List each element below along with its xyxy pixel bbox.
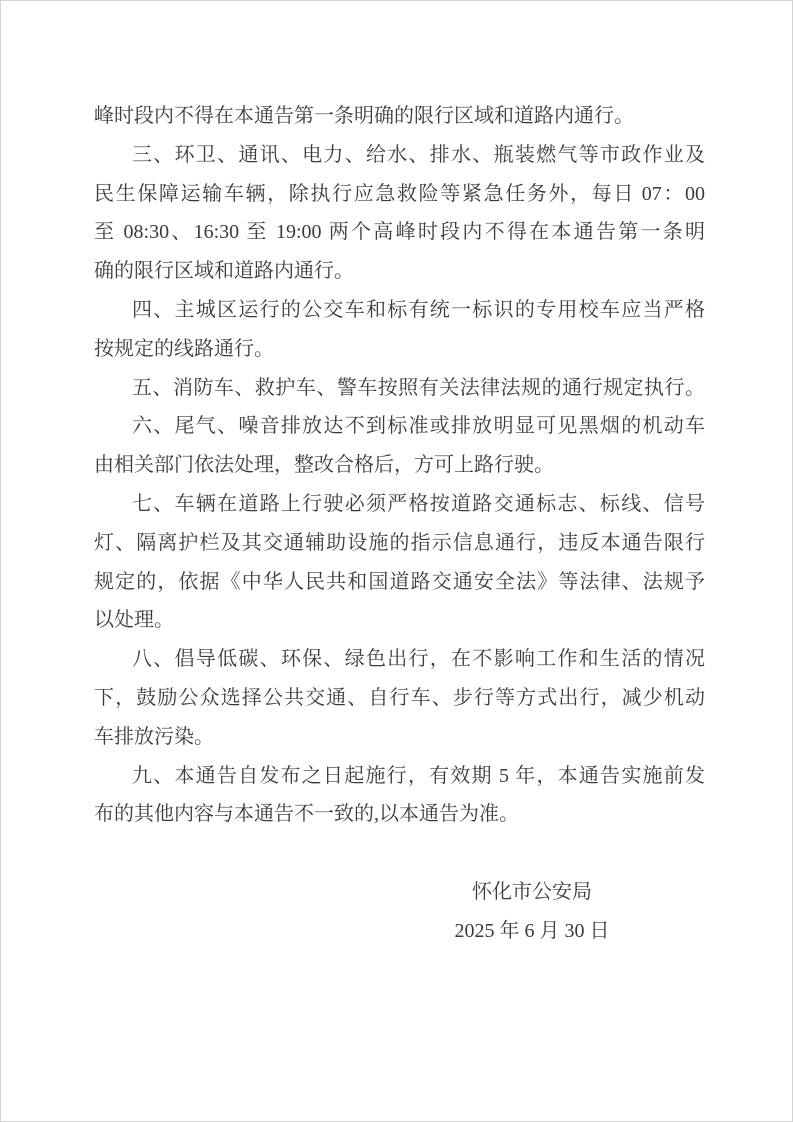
body-line: 至 08:30、16:30 至 19:00 两个高峰时段内不得在本通告第一条明 bbox=[94, 213, 705, 252]
body-line: 车排放污染。 bbox=[94, 718, 705, 757]
signature-block: 怀化市公安局 2025 年 6 月 30 日 bbox=[359, 873, 705, 951]
body-line: 峰时段内不得在本通告第一条明确的限行区域和道路内通行。 bbox=[94, 97, 705, 136]
document-body: 峰时段内不得在本通告第一条明确的限行区域和道路内通行。三、环卫、通讯、电力、给水… bbox=[94, 97, 705, 834]
body-line: 六、尾气、噪音排放达不到标准或排放明显可见黑烟的机动车 bbox=[94, 407, 705, 446]
body-line: 九、本通告自发布之日起施行，有效期 5 年，本通告实施前发 bbox=[94, 757, 705, 796]
body-line: 以处理。 bbox=[94, 601, 705, 640]
notice-document-page: 峰时段内不得在本通告第一条明确的限行区域和道路内通行。三、环卫、通讯、电力、给水… bbox=[0, 0, 793, 1122]
body-line: 下，鼓励公众选择公共交通、自行车、步行等方式出行，减少机动 bbox=[94, 679, 705, 718]
body-line: 由相关部门依法处理，整改合格后，方可上路行驶。 bbox=[94, 446, 705, 485]
body-line: 布的其他内容与本通告不一致的,以本通告为准。 bbox=[94, 795, 705, 834]
body-line: 确的限行区域和道路内通行。 bbox=[94, 252, 705, 291]
body-line: 五、消防车、救护车、警车按照有关法律法规的通行规定执行。 bbox=[94, 369, 705, 408]
signature-date: 2025 年 6 月 30 日 bbox=[359, 912, 705, 951]
body-line: 四、主城区运行的公交车和标有统一标识的专用校车应当严格 bbox=[94, 291, 705, 330]
document-content: 峰时段内不得在本通告第一条明确的限行区域和道路内通行。三、环卫、通讯、电力、给水… bbox=[94, 97, 705, 951]
body-line: 七、车辆在道路上行驶必须严格按道路交通标志、标线、信号 bbox=[94, 485, 705, 524]
body-line: 三、环卫、通讯、电力、给水、排水、瓶装燃气等市政作业及 bbox=[94, 136, 705, 175]
body-line: 按规定的线路通行。 bbox=[94, 330, 705, 369]
body-line: 规定的，依据《中华人民共和国道路交通安全法》等法律、法规予 bbox=[94, 563, 705, 602]
body-line: 八、倡导低碳、环保、绿色出行，在不影响工作和生活的情况 bbox=[94, 640, 705, 679]
blank-line bbox=[94, 834, 705, 873]
body-line: 民生保障运输车辆，除执行应急救险等紧急任务外，每日 07：00 bbox=[94, 175, 705, 214]
signature-issuer: 怀化市公安局 bbox=[359, 873, 705, 912]
body-line: 灯、隔离护栏及其交通辅助设施的指示信息通行，违反本通告限行 bbox=[94, 524, 705, 563]
